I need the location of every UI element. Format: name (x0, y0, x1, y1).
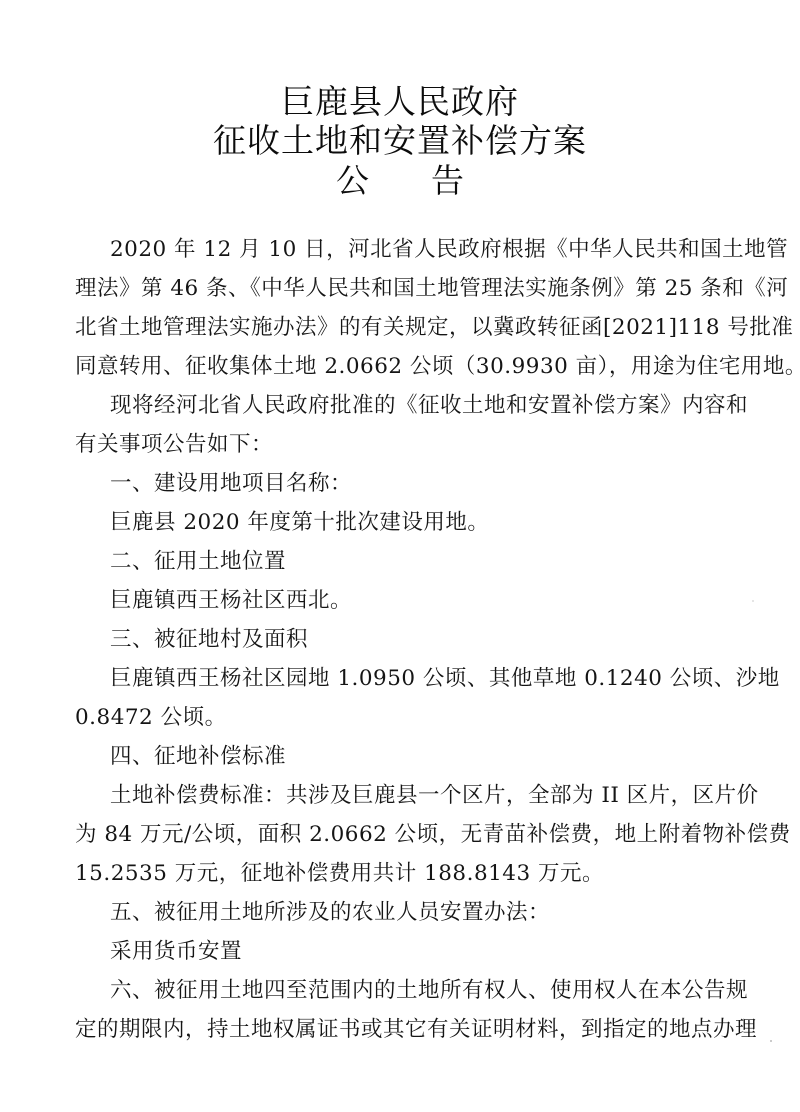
text-line: 现将经河北省人民政府批准的《征收土地和安置补偿方案》内容和 (110, 391, 735, 421)
text-line: 五、被征用土地所涉及的农业人员安置办法： (110, 898, 735, 928)
text-line: 巨鹿县 2020 年度第十批次建设用地。 (110, 508, 735, 538)
text-line: 一、建设用地项目名称： (110, 469, 735, 499)
text-line: 六、被征用土地四至范围内的土地所有权人、使用权人在本公告规 (110, 976, 735, 1006)
title-notice-char-1: 公 (336, 161, 369, 201)
text-line: 巨鹿镇西王杨社区园地 1.0950 公顷、其他草地 0.1240 公顷、沙地 (110, 664, 735, 694)
text-line: 四、征地补偿标准 (110, 742, 735, 772)
text-line: 有关事项公告如下： (75, 430, 735, 460)
text-line: 巨鹿镇西王杨社区西北。 (110, 586, 735, 616)
text-line: 同意转用、征收集体土地 2.0662 公顷（30.9930 亩），用途为住宅用地… (75, 352, 735, 382)
title-issuer: 巨鹿县人民政府 (0, 82, 800, 122)
text-line: 为 84 万元/公顷，面积 2.0662 公顷，无青苗补偿费，地上附着物补偿费 (75, 820, 735, 850)
title-subject: 征收土地和安置补偿方案 (0, 121, 800, 161)
text-line: 理法》第 46 条、《中华人民共和国土地管理法实施条例》第 25 条和《河 (75, 274, 735, 304)
text-line: 采用货币安置 (110, 937, 735, 967)
text-line: 北省土地管理法实施办法》的有关规定，以冀政转征函[2021]118 号批准 (75, 313, 735, 343)
title-notice: 公告 (0, 161, 800, 201)
text-line: 土地补偿费标准：共涉及巨鹿县一个区片，全部为 II 区片，区片价 (110, 781, 735, 811)
title-notice-char-2: 告 (431, 161, 464, 201)
scan-speck (752, 600, 754, 602)
scan-speck (770, 1040, 772, 1042)
text-line: 定的期限内，持土地权属证书或其它有关证明材料，到指定的地点办理 (75, 1015, 735, 1045)
text-line: 三、被征地村及面积 (110, 625, 735, 655)
text-line: 15.2535 万元，征地补偿费用共计 188.8143 万元。 (75, 859, 735, 889)
text-line: 二、征用土地位置 (110, 547, 735, 577)
text-line: 0.8472 公顷。 (75, 703, 735, 733)
text-line: 2020 年 12 月 10 日，河北省人民政府根据《中华人民共和国土地管 (110, 235, 735, 265)
